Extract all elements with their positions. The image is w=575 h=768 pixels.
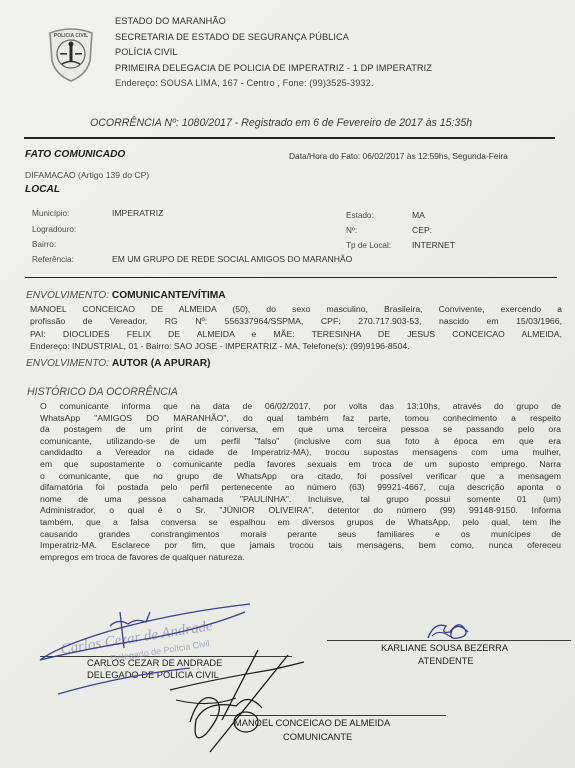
comunicante-signature — [0, 0, 575, 768]
